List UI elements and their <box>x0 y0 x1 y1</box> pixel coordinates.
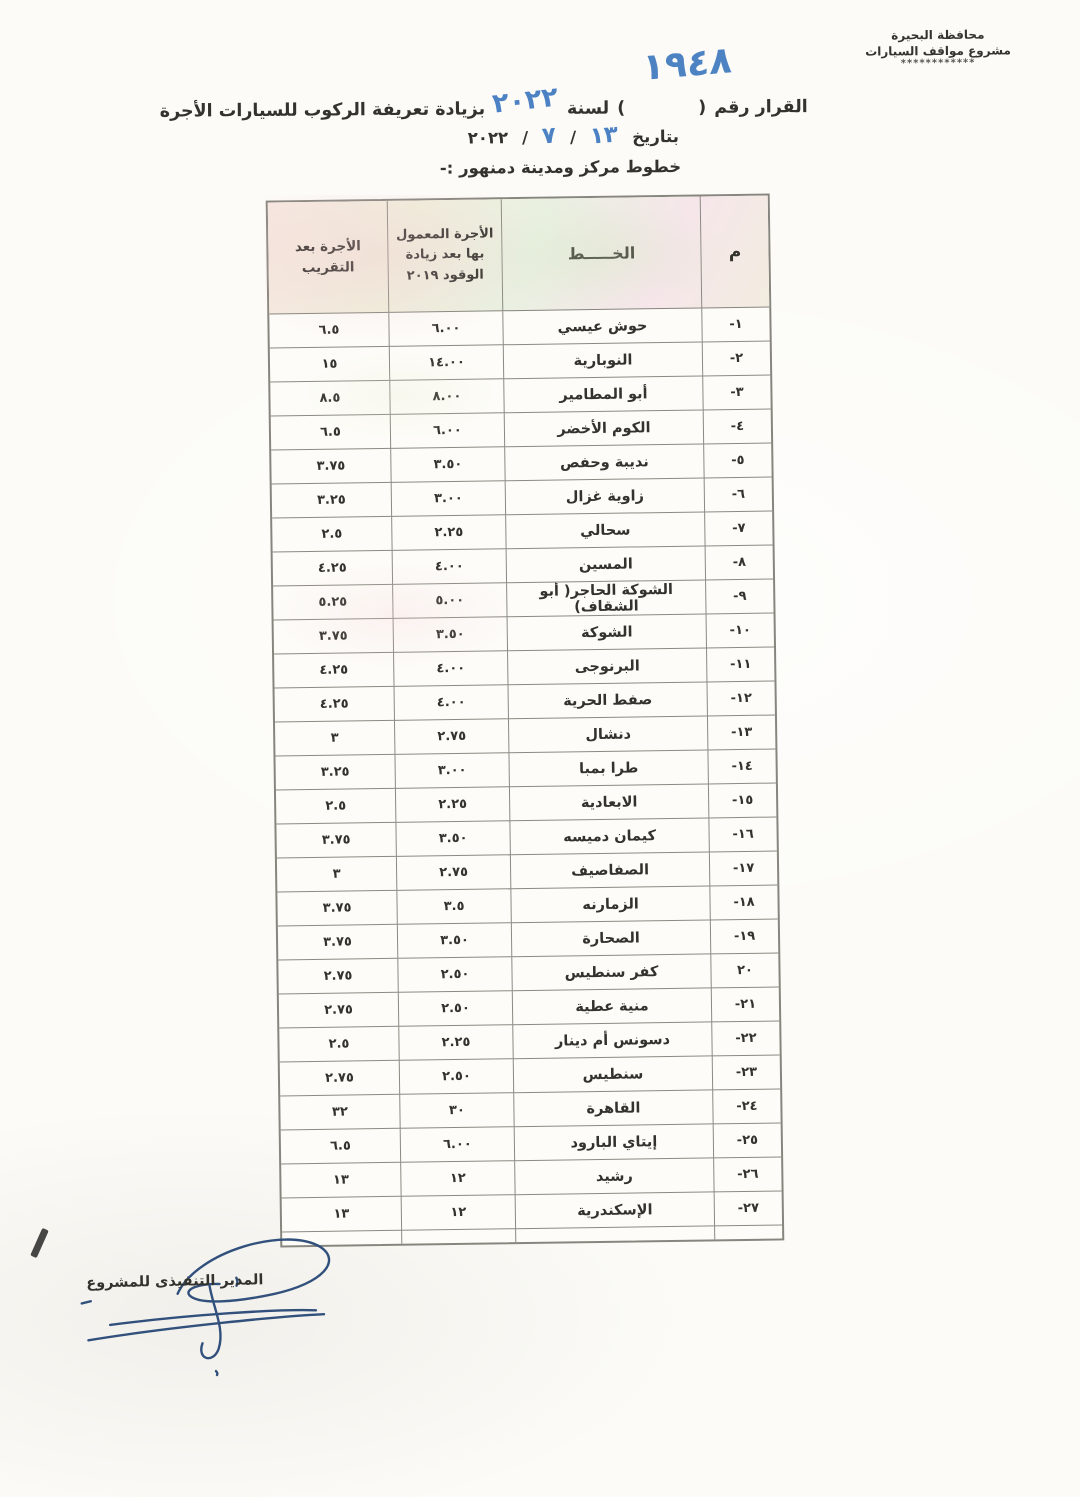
scanned-document-sheet: محافظة البحيرة مشروع مواقف السيارات ****… <box>0 0 1080 1497</box>
row-route-name: الصفاصيف <box>510 852 709 889</box>
row-fare-rounded: ٤.٢٥ <box>275 687 394 723</box>
row-route-name: البرنوجى <box>507 648 706 685</box>
row-route-name: سنطيس <box>513 1056 712 1093</box>
row-serial: ١٦- <box>708 817 776 852</box>
table-body: ١- حوش عيسي ٦.٠٠ ٦.٥ ٢- النوبارية ١٤.٠٠ … <box>269 308 782 1233</box>
row-route-name: نديبة وحفص <box>504 444 703 481</box>
row-serial: ١- <box>701 308 769 343</box>
fare-table: م الخـــــط الأجرة المعمول بها بعد زيادة… <box>266 194 785 1248</box>
row-fare-2019: ٣.٥٠ <box>397 923 511 959</box>
row-serial: ٢١- <box>711 987 779 1022</box>
row-fare-rounded: ٦.٥ <box>281 1129 400 1165</box>
row-serial: ١٩- <box>710 919 778 954</box>
row-fare-rounded: ٢.٥ <box>272 517 391 553</box>
title-subject: بزيادة تعريفة الركوب للسيارات الأجرة <box>160 99 485 121</box>
handwritten-registry-number: ١٩٤٨ <box>642 38 733 89</box>
row-serial: ٢- <box>702 342 770 377</box>
row-fare-rounded: ١٥ <box>270 347 389 383</box>
row-fare-2019: ٣٠ <box>399 1093 513 1129</box>
row-route-name: المسين <box>506 546 705 583</box>
row-serial: ٢٢- <box>711 1021 779 1056</box>
row-fare-rounded: ٣.٧٥ <box>276 823 395 859</box>
row-fare-rounded: ٤.٢٥ <box>273 551 392 587</box>
row-serial: ٢٥- <box>713 1123 781 1158</box>
letterhead-governorate: محافظة البحيرة <box>858 27 1018 44</box>
row-fare-rounded: ٣.٧٥ <box>277 891 396 927</box>
row-fare-2019: ٢.٥٠ <box>399 1059 513 1095</box>
row-serial: ٣- <box>702 376 770 411</box>
row-route-name: دنشال <box>508 716 707 753</box>
row-route-name: الشوكة الحاجر( أبو الشقاف) <box>506 580 705 617</box>
row-route-name: كيمان دميسه <box>509 818 708 855</box>
row-serial: ٤- <box>703 410 771 445</box>
row-serial: ٩- <box>705 580 773 615</box>
header-serial: م <box>700 196 770 309</box>
row-fare-2019: ٢.٢٥ <box>398 1025 512 1061</box>
row-serial: ٢٤- <box>712 1089 780 1124</box>
header-route: الخـــــط <box>501 197 702 312</box>
row-fare-2019: ٤.٠٠ <box>394 685 508 721</box>
row-fare-2019: ٨.٠٠ <box>389 379 503 415</box>
handwritten-signature <box>38 1222 401 1408</box>
row-fare-2019: ٣.٥ <box>396 889 510 925</box>
row-fare-rounded: ٦.٥ <box>269 313 388 349</box>
table-header-row: م الخـــــط الأجرة المعمول بها بعد زيادة… <box>268 196 770 315</box>
row-serial: ٢٣- <box>712 1055 780 1090</box>
row-fare-rounded: ٣.٧٥ <box>274 619 393 655</box>
title-year-label: لسنة <box>567 99 609 119</box>
row-route-name: إيتاي البارود <box>514 1124 713 1161</box>
date-separator: / <box>522 128 528 147</box>
date-year: ٢٠٢٢ <box>468 128 508 147</box>
title-block: القرار رقم ( ) لسنة ٢٠٢٢ بزيادة تعريفة ا… <box>0 0 1080 4</box>
row-serial: ٥- <box>703 444 771 479</box>
row-serial: ١٠- <box>706 614 774 649</box>
row-fare-2019: ١٢ <box>401 1195 515 1231</box>
row-serial: ١٨- <box>709 885 777 920</box>
row-fare-2019: ٢.٧٥ <box>394 719 508 755</box>
row-fare-rounded: ١٣ <box>281 1163 400 1199</box>
row-serial: ٨- <box>705 546 773 581</box>
decision-title: القرار رقم ( ) لسنة ٢٠٢٢ بزيادة تعريفة ا… <box>160 88 808 124</box>
row-route-name: دسونس أم دينار <box>512 1022 711 1059</box>
row-fare-2019: ٣.٥٠ <box>395 821 509 857</box>
row-fare-2019: ١٤.٠٠ <box>389 345 503 381</box>
row-route-name: صفط الحرية <box>508 682 707 719</box>
letterhead: محافظة البحيرة مشروع مواقف السيارات ****… <box>858 27 1018 71</box>
row-fare-rounded: ٣ <box>277 857 396 893</box>
row-route-name: الشوكة <box>507 614 706 651</box>
date-separator: / <box>570 128 576 147</box>
row-fare-rounded: ٢.٧٥ <box>279 993 398 1029</box>
section-subtitle: خطوط مركز ومدينة دمنهور :- <box>440 157 681 178</box>
row-fare-rounded: ٣.٧٥ <box>278 925 397 961</box>
row-fare-rounded: ٣.٢٥ <box>272 483 391 519</box>
row-fare-2019: ٣.٠٠ <box>394 753 508 789</box>
row-fare-rounded: ٥.٢٥ <box>273 585 392 621</box>
header-fare-2019: الأجرة المعمول بها بعد زيادة الوقود ٢٠١٩ <box>387 199 503 313</box>
row-fare-2019: ٦.٠٠ <box>388 311 502 347</box>
row-fare-2019: ٦.٠٠ <box>390 413 504 449</box>
row-fare-rounded: ٢.٥ <box>279 1027 398 1063</box>
row-route-name: رشيد <box>514 1158 713 1195</box>
decision-number-blank: ( ) <box>617 98 706 119</box>
row-fare-2019: ٢.٢٥ <box>395 787 509 823</box>
row-fare-2019: ٣.٥٠ <box>390 447 504 483</box>
row-route-name: أبو المطامير <box>503 376 702 413</box>
row-route-name: منية عطية <box>512 988 711 1025</box>
row-route-name: القاهرة <box>513 1090 712 1127</box>
row-fare-2019: ٢.٥٠ <box>397 957 511 993</box>
handwritten-year: ٢٠٢٢ <box>491 82 560 120</box>
row-route-name: الإسكندرية <box>515 1192 714 1229</box>
row-serial: ١٣- <box>707 716 775 751</box>
row-fare-rounded: ٨.٥ <box>270 381 389 417</box>
handwritten-month: ٧ <box>541 122 557 149</box>
row-fare-2019: ٤.٠٠ <box>392 549 506 585</box>
row-fare-rounded: ٢.٧٥ <box>280 1061 399 1097</box>
row-serial: ٧- <box>704 512 772 547</box>
row-fare-rounded: ٢.٥ <box>276 789 395 825</box>
row-serial: ١٤- <box>707 750 775 785</box>
date-label: بتاريخ <box>632 127 679 146</box>
row-serial: ١٥- <box>708 784 776 819</box>
row-route-name: الابعادية <box>509 784 708 821</box>
row-route-name: الصحارة <box>511 920 710 957</box>
row-route-name: سحالي <box>505 512 704 549</box>
row-fare-2019: ٣.٠٠ <box>391 481 505 517</box>
decision-date: بتاريخ ١٣ / ٧ / ٢٠٢٢ <box>468 122 679 149</box>
row-serial: ٢٧- <box>714 1191 782 1226</box>
row-route-name: الزمارنه <box>510 886 709 923</box>
row-serial: ٦- <box>704 478 772 513</box>
row-fare-rounded: ٢.٧٥ <box>278 959 397 995</box>
title-decision-no-label: القرار رقم <box>714 97 808 118</box>
row-fare-2019: ٦.٠٠ <box>400 1127 514 1163</box>
row-serial: ٢٠ <box>710 953 778 988</box>
row-fare-rounded: ٣.٢٥ <box>275 755 394 791</box>
row-route-name: زاوية غزال <box>505 478 704 515</box>
row-route-name: كفر سنطيس <box>511 954 710 991</box>
row-fare-rounded: ٤.٢٥ <box>274 653 393 689</box>
row-fare-2019: ١٢ <box>400 1161 514 1197</box>
row-route-name: حوش عيسي <box>502 308 701 345</box>
row-fare-rounded: ٣٢ <box>280 1095 399 1131</box>
row-serial: ١٧- <box>709 851 777 886</box>
row-route-name: الكوم الأخضر <box>504 410 703 447</box>
row-route-name: طرا بمبا <box>508 750 707 787</box>
handwritten-day: ١٣ <box>589 122 619 150</box>
row-fare-2019: ٢.٢٥ <box>391 515 505 551</box>
row-fare-2019: ٣.٥٠ <box>393 617 507 653</box>
header-fare-rounded: الأجرة بعد التقريب <box>268 201 389 315</box>
row-fare-2019: ٤.٠٠ <box>393 651 507 687</box>
row-fare-rounded: ٣ <box>275 721 394 757</box>
row-serial: ١٢- <box>706 682 774 717</box>
row-serial: ٢٦- <box>713 1157 781 1192</box>
row-fare-2019: ٢.٧٥ <box>396 855 510 891</box>
row-fare-rounded: ٦.٥ <box>271 415 390 451</box>
row-serial: ١١- <box>706 648 774 683</box>
row-route-name: النوبارية <box>503 342 702 379</box>
row-fare-2019: ٥.٠٠ <box>392 583 506 619</box>
signature-block: المدير التنفيذى للمشروع <box>38 1222 401 1408</box>
row-fare-rounded: ٣.٧٥ <box>271 449 390 485</box>
row-fare-2019: ٢.٥٠ <box>398 991 512 1027</box>
